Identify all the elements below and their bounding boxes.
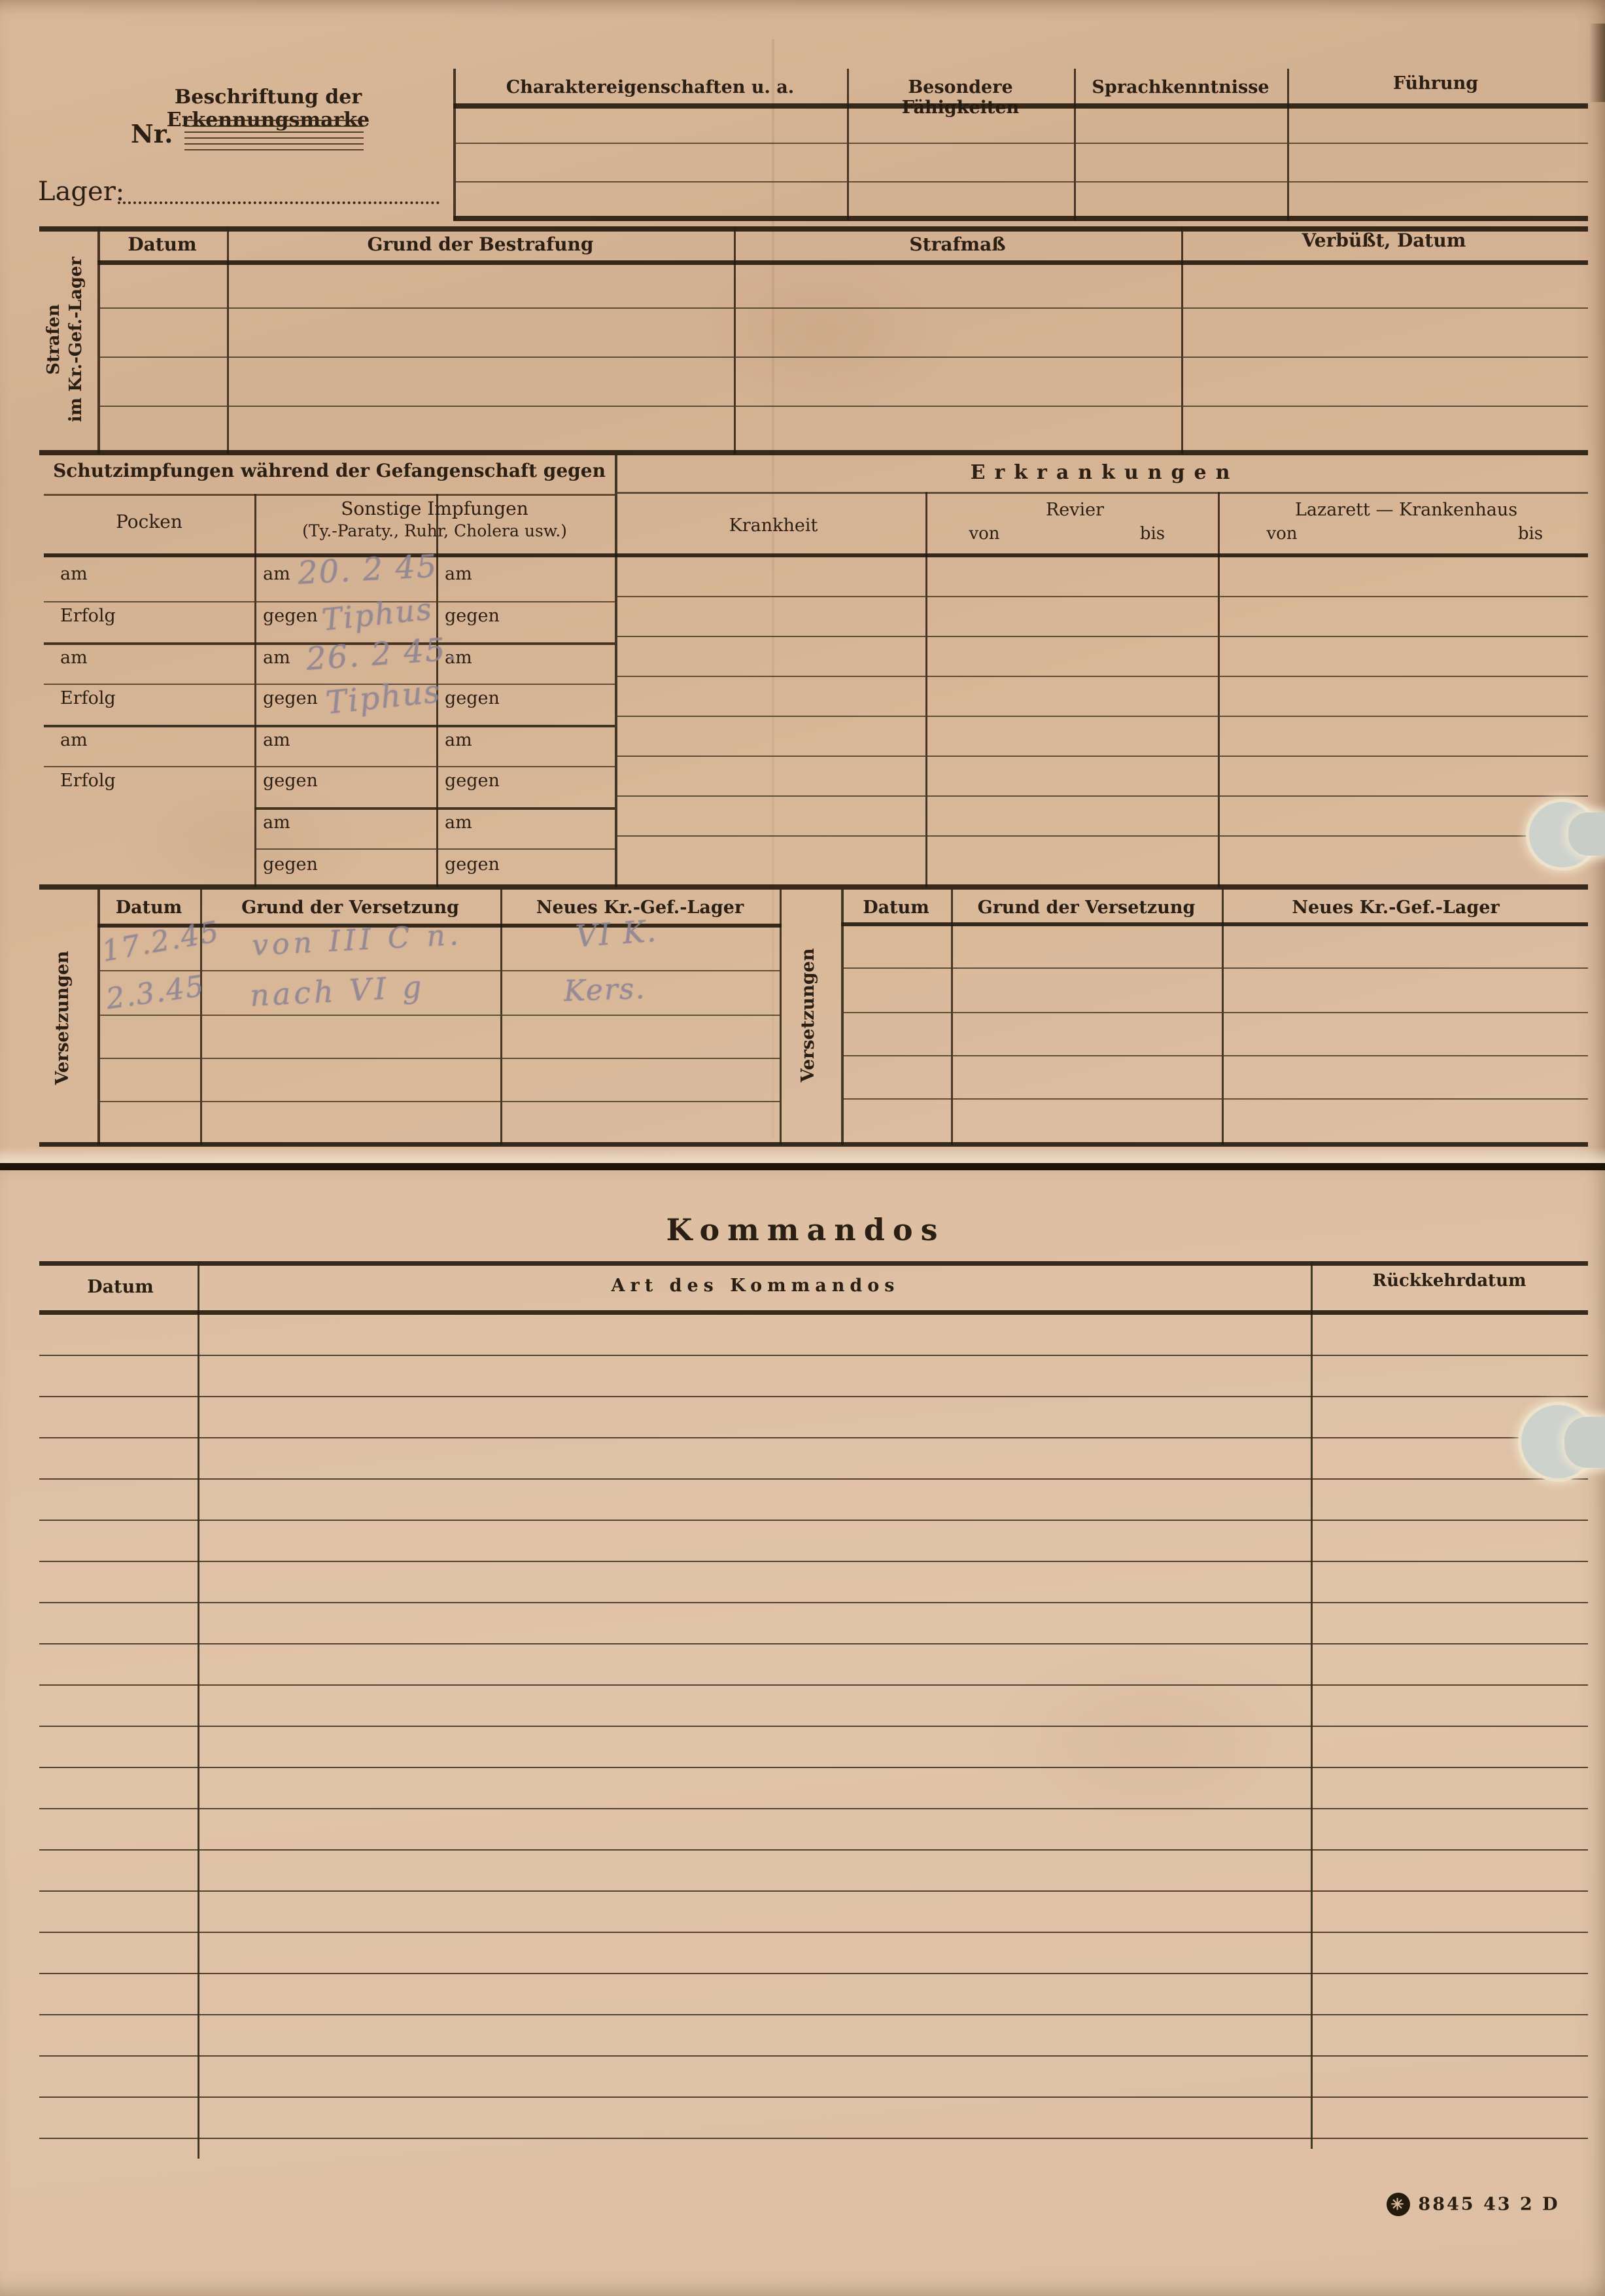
grid-line xyxy=(44,725,615,727)
punch-hole-tear xyxy=(1568,812,1605,856)
grid-line xyxy=(39,884,1588,890)
versetzungen-left-col-grund: Grund der Versetzung xyxy=(204,897,496,918)
sonstige2-am-label: am xyxy=(445,564,472,584)
grid-line xyxy=(453,143,1588,144)
grid-line xyxy=(1287,69,1289,220)
erkrankungen-col-revier: Revier xyxy=(932,500,1218,520)
print-code-block: ✳ 8845 43 2 D xyxy=(1387,2193,1560,2216)
traits-col-languages: Sprachkenntnisse xyxy=(1087,77,1274,97)
grid-line xyxy=(841,1098,1588,1100)
grid-line xyxy=(453,216,1588,221)
grid-line xyxy=(615,492,1588,494)
pow-record-card-scan: Beschriftung der Erkennungsmarke Nr. Lag… xyxy=(0,0,1605,2296)
card-edge-highlight xyxy=(0,1147,1605,1163)
grid-line xyxy=(1074,69,1076,220)
grid-line xyxy=(39,1310,1588,1315)
versetzungen-right-col-datum: Datum xyxy=(845,897,947,918)
sonstige1-gegen-label: gegen xyxy=(263,606,318,626)
sonstige2-am-label: am xyxy=(445,812,472,833)
grid-line xyxy=(780,890,782,1145)
sonstige1-am-label: am xyxy=(263,812,290,833)
grid-line xyxy=(97,406,1588,407)
grid-line xyxy=(951,890,953,1145)
grid-line xyxy=(44,766,615,767)
grid-line xyxy=(97,260,1588,265)
grid-line xyxy=(841,1012,1588,1013)
grid-line xyxy=(97,1058,782,1059)
pocken-erfolg-label: Erfolg xyxy=(60,606,116,626)
versetzungen-right-col-neues: Neues Kr.-Gef.-Lager xyxy=(1226,897,1566,918)
kommandos-title: Kommandos xyxy=(541,1213,1071,1247)
versetzungen-right-side-label: Versetzungen xyxy=(798,911,824,1120)
traits-col-conduct: Führung xyxy=(1300,73,1571,94)
grid-line xyxy=(841,890,844,1145)
sonstige1-gegen-label: gegen xyxy=(263,771,318,791)
grid-line xyxy=(1222,890,1224,1145)
strafen-col-verbuesst: Verbüßt, Datum xyxy=(1194,230,1574,251)
kommandos-col-rueckkehr: Rückkehrdatum xyxy=(1315,1272,1584,1291)
lager-fill-line xyxy=(118,174,440,204)
grid-line xyxy=(44,494,615,496)
nr-label: Nr. xyxy=(131,120,173,148)
grid-line xyxy=(97,1101,782,1102)
pocken-am-label: am xyxy=(60,648,88,668)
kommandos-col-art: Art des Kommandos xyxy=(204,1276,1307,1296)
eagle-emblem-icon: ✳ xyxy=(1387,2193,1410,2216)
erkrankungen-col-krankheit: Krankheit xyxy=(621,515,925,536)
grid-line xyxy=(97,1015,782,1016)
grid-line xyxy=(39,1142,1588,1147)
grid-line xyxy=(453,69,456,220)
revier-bis-label: bis xyxy=(1113,525,1192,544)
pocken-erfolg-label: Erfolg xyxy=(60,771,116,791)
impfungen-col-sonstige: Sonstige Impfungen xyxy=(261,498,608,519)
sonstige1-am-label: am xyxy=(263,564,290,584)
traits-col-character: Charaktereigenschaften u. a. xyxy=(466,77,834,97)
strafen-side-label-line2: im Kr.-Gef.-Lager xyxy=(66,257,86,423)
strafen-col-grund: Grund der Bestrafung xyxy=(240,234,721,255)
punch-hole-tear xyxy=(1564,1417,1605,1468)
transfer-newcamp-entry: VI K. xyxy=(574,913,658,954)
erkrankungen-ruled-lines xyxy=(615,557,1588,843)
pocken-am-label: am xyxy=(60,730,88,750)
sonstige2-gegen-label: gegen xyxy=(445,688,500,708)
strafen-side-label-line1: Strafen xyxy=(44,304,63,375)
strafen-side-label: Strafen im Kr.-Gef.-Lager xyxy=(43,218,92,461)
pocken-erfolg-label: Erfolg xyxy=(60,688,116,708)
grid-line xyxy=(841,1055,1588,1056)
versetzungen-left-side-label: Versetzungen xyxy=(52,913,78,1122)
grid-line xyxy=(847,69,849,220)
grid-line xyxy=(97,307,1588,309)
grid-line xyxy=(841,967,1588,969)
traits-col-abilities: Besondere Fähigkeiten xyxy=(860,77,1061,118)
grid-line xyxy=(97,890,100,1145)
grid-line xyxy=(500,890,502,1145)
grid-line xyxy=(39,1261,1588,1266)
grid-line xyxy=(39,450,1588,455)
sonstige1-gegen-label: gegen xyxy=(263,688,318,708)
grid-line xyxy=(254,807,615,810)
transfer-newcamp-entry: Kers. xyxy=(563,972,646,1008)
sonstige2-am-label: am xyxy=(445,730,472,750)
grid-line xyxy=(453,103,1588,109)
sonstige1-gegen-label: gegen xyxy=(263,854,318,875)
erkrankungen-title: Erkrankungen xyxy=(621,462,1588,485)
pocken-am-label: am xyxy=(60,564,88,584)
kommandos-ruled-lines xyxy=(39,1315,1588,2140)
sonstige1-am-label: am xyxy=(263,648,290,668)
vaccination-date-entry: 20. 2 45 xyxy=(297,548,439,591)
strafen-col-strafmass: Strafmaß xyxy=(747,234,1168,255)
sonstige2-gegen-label: gegen xyxy=(445,606,500,626)
impfungen-col-sonstige-sub: (Ty.-Paraty., Ruhr, Cholera usw.) xyxy=(261,522,608,541)
lager-label: Lager: xyxy=(38,177,124,207)
sonstige2-gegen-label: gegen xyxy=(445,771,500,791)
grid-line xyxy=(841,922,1588,926)
sonstige1-am-label: am xyxy=(263,730,290,750)
versetzungen-left-col-datum: Datum xyxy=(101,897,196,918)
print-code: 8845 43 2 D xyxy=(1418,2194,1559,2214)
card-edge-divider xyxy=(0,1163,1605,1170)
strafen-col-datum: Datum xyxy=(104,234,220,255)
sonstige2-gegen-label: gegen xyxy=(445,854,500,875)
nr-ruled-lines xyxy=(184,115,364,152)
kommandos-col-datum: Datum xyxy=(46,1277,195,1297)
versetzungen-right-col-grund: Grund der Versetzung xyxy=(955,897,1218,918)
erkrankungen-col-lazarett: Lazarett — Krankenhaus xyxy=(1224,500,1588,520)
impfungen-title: Schutzimpfungen während der Gefangenscha… xyxy=(50,461,608,481)
lazarett-bis-label: bis xyxy=(1491,525,1570,544)
revier-von-label: von xyxy=(945,525,1024,544)
impfungen-col-pocken: Pocken xyxy=(50,512,248,532)
grid-line xyxy=(254,848,615,850)
lazarett-von-label: von xyxy=(1243,525,1321,544)
grid-line xyxy=(97,357,1588,358)
grid-line xyxy=(453,181,1588,183)
